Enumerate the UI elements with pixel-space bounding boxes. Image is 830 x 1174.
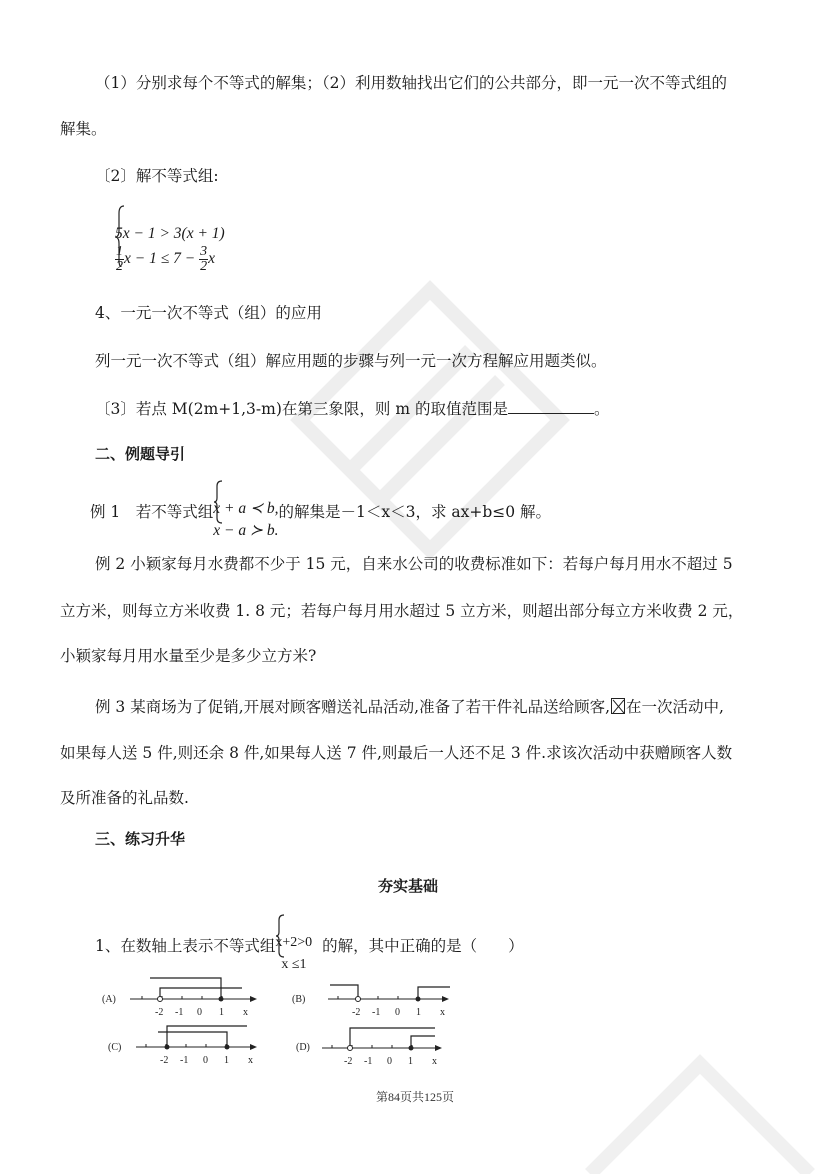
- axis-arrow-icon: [435, 1045, 442, 1051]
- svg-text:-1: -1: [175, 1007, 183, 1018]
- svg-text:x: x: [243, 1007, 248, 1018]
- svg-text:1: 1: [224, 1055, 229, 1066]
- missing-glyph-icon: [611, 698, 625, 714]
- exercise3: 〔3〕若点 M(2m+1,3-m)在第三象限，则 m 的取值范围是。: [95, 397, 609, 420]
- svg-text:-1: -1: [364, 1056, 372, 1067]
- closed-dot-icon: [165, 1045, 170, 1050]
- left-brace-icon: [213, 480, 223, 524]
- svg-text:x: x: [440, 1007, 445, 1018]
- svg-text:-2: -2: [155, 1007, 163, 1018]
- option-b-numberline[interactable]: (B) -2-101x: [290, 975, 455, 1023]
- example3-line2: 如果每人送 5 件,则还余 8 件,如果每人送 7 件,则最后一人还不足 3 件…: [60, 742, 732, 764]
- example1: 例 1 若不等式组 x + a ≺ b, x − a ≻ b. 的解集是－1＜x…: [90, 480, 551, 542]
- section2-heading: 二、例题导引: [95, 443, 185, 465]
- svg-text:-2: -2: [344, 1056, 352, 1067]
- svg-text:1: 1: [416, 1007, 421, 1018]
- practice1-system: x+2>0 x ≤1: [275, 914, 312, 976]
- svg-text:x: x: [432, 1056, 437, 1067]
- svg-text:-1: -1: [372, 1007, 380, 1018]
- svg-text:-1: -1: [180, 1055, 188, 1066]
- section4-title: 4、一元一次不等式（组）的应用: [95, 302, 322, 324]
- axis-arrow-icon: [442, 996, 449, 1002]
- answer-blank[interactable]: [508, 397, 594, 414]
- option-b-label: (B): [292, 994, 305, 1005]
- option-d-numberline[interactable]: (D) -2-101x: [290, 1020, 455, 1070]
- example3-line3: 及所准备的礼品数.: [60, 787, 189, 809]
- axis-arrow-icon: [250, 1044, 257, 1050]
- exercise3-text: 〔3〕若点 M(2m+1,3-m)在第三象限，则 m 的取值范围是: [95, 400, 508, 418]
- svg-text:1: 1: [219, 1007, 224, 1018]
- step-note-line1: （1）分别求每个不等式的解集；（2）利用数轴找出它们的公共部分，即一元一次不等式…: [95, 72, 727, 94]
- svg-text:0: 0: [395, 1007, 400, 1018]
- practice1: 1、在数轴上表示不等式组 x+2>0 x ≤1 的解，其中正确的是（ ）: [95, 914, 524, 976]
- option-a-label: (A): [102, 994, 116, 1005]
- svg-text:-2: -2: [352, 1007, 360, 1018]
- example2-line1: 例 2 小颖家每月水费都不少于 15 元，自来水公司的收费标准如下：若每户每月用…: [95, 553, 733, 575]
- svg-text:x: x: [248, 1055, 253, 1066]
- example1-system: x + a ≺ b, x − a ≻ b.: [213, 480, 278, 542]
- closed-dot-icon: [416, 997, 421, 1002]
- left-brace-icon: [275, 914, 285, 958]
- fraction: 32: [199, 245, 208, 274]
- closed-dot-icon: [219, 997, 224, 1002]
- example2-line2: 立方米，则每立方米收费 1. 8 元；若每户每月用水超过 5 立方米，则超出部分…: [60, 600, 743, 622]
- subheading: 夯实基础: [378, 875, 438, 897]
- option-d-label: (D): [296, 1042, 310, 1053]
- left-brace-icon: [115, 205, 125, 267]
- option-c-label: (C): [108, 1042, 121, 1053]
- open-dot-icon: [348, 1046, 353, 1051]
- svg-text:0: 0: [203, 1055, 208, 1066]
- example2-line3: 小颖家每月用水量至少是多少立方米?: [60, 645, 316, 667]
- open-dot-icon: [158, 997, 163, 1002]
- axis-arrow-icon: [250, 996, 257, 1002]
- exercise2-row2: 12x − 1 ≤ 7 − 32x: [115, 245, 225, 274]
- open-dot-icon: [356, 997, 361, 1002]
- example3-line1: 例 3 某商场为了促销,开展对顾客赠送礼品活动,准备了若干件礼品送给顾客,在一次…: [95, 696, 724, 718]
- svg-text:1: 1: [408, 1056, 413, 1067]
- option-a-numberline[interactable]: (A) -2-101x: [100, 975, 265, 1023]
- page-number: 第84页共125页: [0, 1088, 830, 1105]
- closed-dot-icon: [409, 1046, 414, 1051]
- step-note-line2: 解集。: [60, 118, 107, 140]
- option-c-numberline[interactable]: (C) -2-101x: [100, 1025, 265, 1073]
- exercise2-label: 〔2〕解不等式组:: [95, 165, 219, 187]
- closed-dot-icon: [225, 1045, 230, 1050]
- section4-body: 列一元一次不等式（组）解应用题的步骤与列一元一次方程解应用题类似。: [95, 350, 607, 372]
- exercise2-system: 5x − 1 > 3(x + 1) 12x − 1 ≤ 7 − 32x: [115, 205, 225, 274]
- section3-heading: 三、练习升华: [95, 828, 185, 850]
- svg-text:0: 0: [387, 1056, 392, 1067]
- svg-text:0: 0: [197, 1007, 202, 1018]
- svg-text:-2: -2: [160, 1055, 168, 1066]
- exercise2-row1: 5x − 1 > 3(x + 1): [115, 223, 225, 245]
